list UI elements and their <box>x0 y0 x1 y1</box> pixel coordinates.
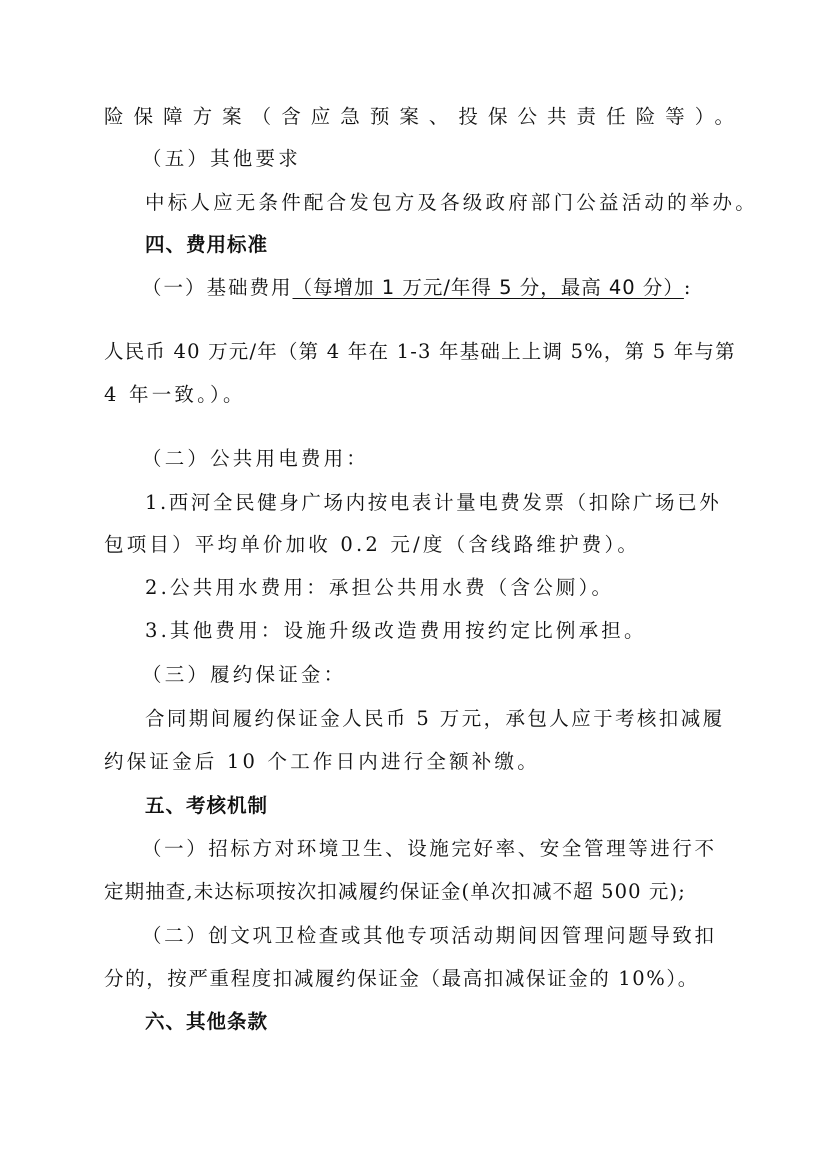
paragraph-text: 险保障方案（含应急预案、投保公共责任险等）。 <box>104 104 734 130</box>
paragraph-text: （二）创文巩卫检查或其他专项活动期间因管理问题导致扣 <box>142 923 732 949</box>
paragraph-text: （一）招标方对环境卫生、设施完好率、安全管理等进行不 <box>142 836 732 862</box>
scoring-note: （每增加 1 万元/年得 5 分，最高 40 分） <box>293 276 684 299</box>
paragraph-text: 中标人应无条件配合发包方及各级政府部门公益活动的举办。 <box>145 190 735 216</box>
section-heading: 五、考核机制 <box>145 793 735 819</box>
subsection-heading: （三）履约保证金： <box>142 662 732 688</box>
list-item: 2.公共用水费用：承担公共用水费（含公厕）。 <box>145 575 735 601</box>
paragraph-text: 约保证金后 10 个工作日内进行全额补缴。 <box>104 749 734 775</box>
paragraph-text: 分的，按严重程度扣减履约保证金（最高扣减保证金的 10%）。 <box>104 966 734 992</box>
subsection-title: （一）基础费用 <box>142 276 293 299</box>
list-item: 3.其他费用：设施升级改造费用按约定比例承担。 <box>145 618 735 644</box>
paragraph-text: 合同期间履约保证金人民币 5 万元，承包人应于考核扣减履 <box>145 706 735 732</box>
section-heading: 六、其他条款 <box>145 1009 735 1035</box>
paragraph-text: 定期抽查,未达标项按次扣减履约保证金(单次扣减不超 500 元); <box>104 879 734 905</box>
paragraph-text: 人民币 40 万元/年（第 4 年在 1-3 年基础上上调 5%，第 5 年与第 <box>104 339 734 365</box>
list-item: 1.西河全民健身广场内按电表计量电费发票（扣除广场已外 <box>145 490 735 516</box>
paragraph-text: 4 年一致。）。 <box>104 382 734 408</box>
section-heading: 四、费用标准 <box>145 232 735 258</box>
subsection-heading: （五）其他要求 <box>142 146 732 172</box>
subsection-heading: （一）基础费用（每增加 1 万元/年得 5 分，最高 40 分）: <box>142 275 732 301</box>
subsection-heading: （二）公共用电费用： <box>142 446 732 472</box>
colon: : <box>684 276 693 299</box>
paragraph-text: 包项目）平均单价加收 0.2 元/度（含线路维护费）。 <box>104 532 734 558</box>
